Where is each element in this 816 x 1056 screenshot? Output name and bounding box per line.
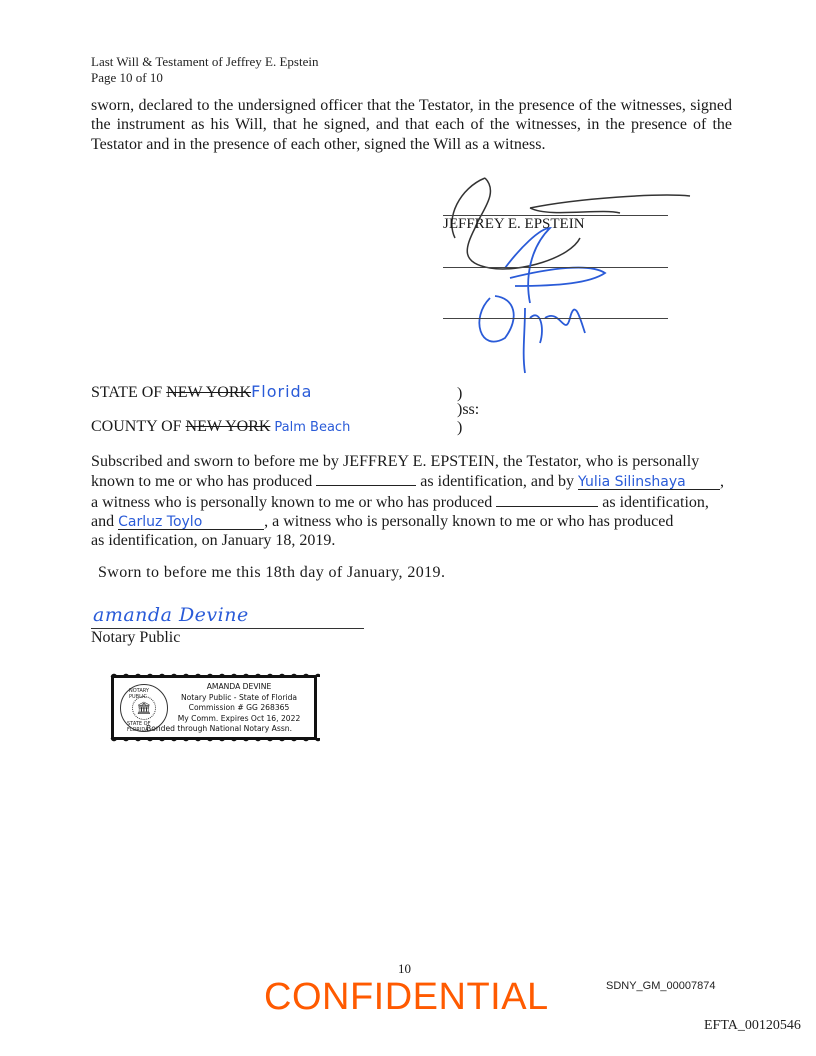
stamp-bonded: Bonded through National Notary Assn. <box>124 724 314 735</box>
confidential-watermark: CONFIDENTIAL <box>264 976 549 1019</box>
testator-signature-scribble-icon <box>430 168 700 378</box>
jurat-line-2: known to me or who has produced as ident… <box>91 471 732 491</box>
id-blank-testator <box>316 471 416 486</box>
witness-2-field: Carluz Toylo <box>118 515 264 530</box>
notary-signature-line: amanda Devine <box>91 608 364 629</box>
state-handwritten: Florida <box>251 382 312 401</box>
stamp-notary-name: AMANDA DEVINE <box>164 682 314 693</box>
notary-signature: amanda Devine <box>93 604 249 626</box>
stamp-commission: Commission # GG 268365 <box>164 703 314 714</box>
county-label: COUNTY OF <box>91 418 182 435</box>
stamp-title: Notary Public - State of Florida <box>164 693 314 704</box>
notary-label: Notary Public <box>91 629 180 647</box>
witness-1-field: Yulia Silinshaya <box>578 475 720 490</box>
county-struck: NEW YORK <box>186 418 271 435</box>
state-label: STATE OF <box>91 384 162 401</box>
page-number: 10 <box>398 961 411 977</box>
venue-paren-bottom: ) <box>457 419 462 437</box>
county-handwritten: Palm Beach <box>274 420 350 435</box>
attestation-paragraph: sworn, declared to the undersigned offic… <box>91 96 732 154</box>
jurat-line-5: as identification, on January 18, 2019. <box>91 531 732 550</box>
stamp-text: AMANDA DEVINE Notary Public - State of F… <box>164 682 314 735</box>
jurat-line-4: and Carluz Toylo, a witness who is perso… <box>91 512 732 531</box>
bates-number: SDNY_GM_00007874 <box>606 980 715 992</box>
jurat-line-3: a witness who is personally known to me … <box>91 492 732 512</box>
courthouse-icon: 🏛 <box>132 696 156 720</box>
document-title: Last Will & Testament of Jeffrey E. Epst… <box>91 54 318 70</box>
id-blank-witness-1 <box>496 492 598 507</box>
signature-line-2 <box>443 267 668 268</box>
jurat-paragraph: Subscribed and sworn to before me by JEF… <box>91 452 732 550</box>
signature-line-3 <box>443 318 668 319</box>
venue-ss: )ss: <box>457 401 479 419</box>
efta-number: EFTA_00120546 <box>704 1018 801 1034</box>
testator-printed-name: JEFFREY E. EPSTEIN <box>443 216 585 233</box>
page-indicator: Page 10 of 10 <box>91 70 318 86</box>
sworn-date-line: Sworn to before me this 18th day of Janu… <box>98 564 445 582</box>
document-header: Last Will & Testament of Jeffrey E. Epst… <box>91 54 318 86</box>
venue-county: COUNTY OF NEW YORK Palm Beach <box>91 418 350 437</box>
venue-state: STATE OF NEW YORKFlorida <box>91 383 312 402</box>
notary-stamp: NOTARY PUBLIC 🏛 STATE OF FLORIDA AMANDA … <box>111 675 317 740</box>
state-struck: NEW YORK <box>166 384 251 401</box>
stamp-expires: My Comm. Expires Oct 16, 2022 <box>164 714 314 725</box>
jurat-line-1: Subscribed and sworn to before me by JEF… <box>91 452 732 471</box>
